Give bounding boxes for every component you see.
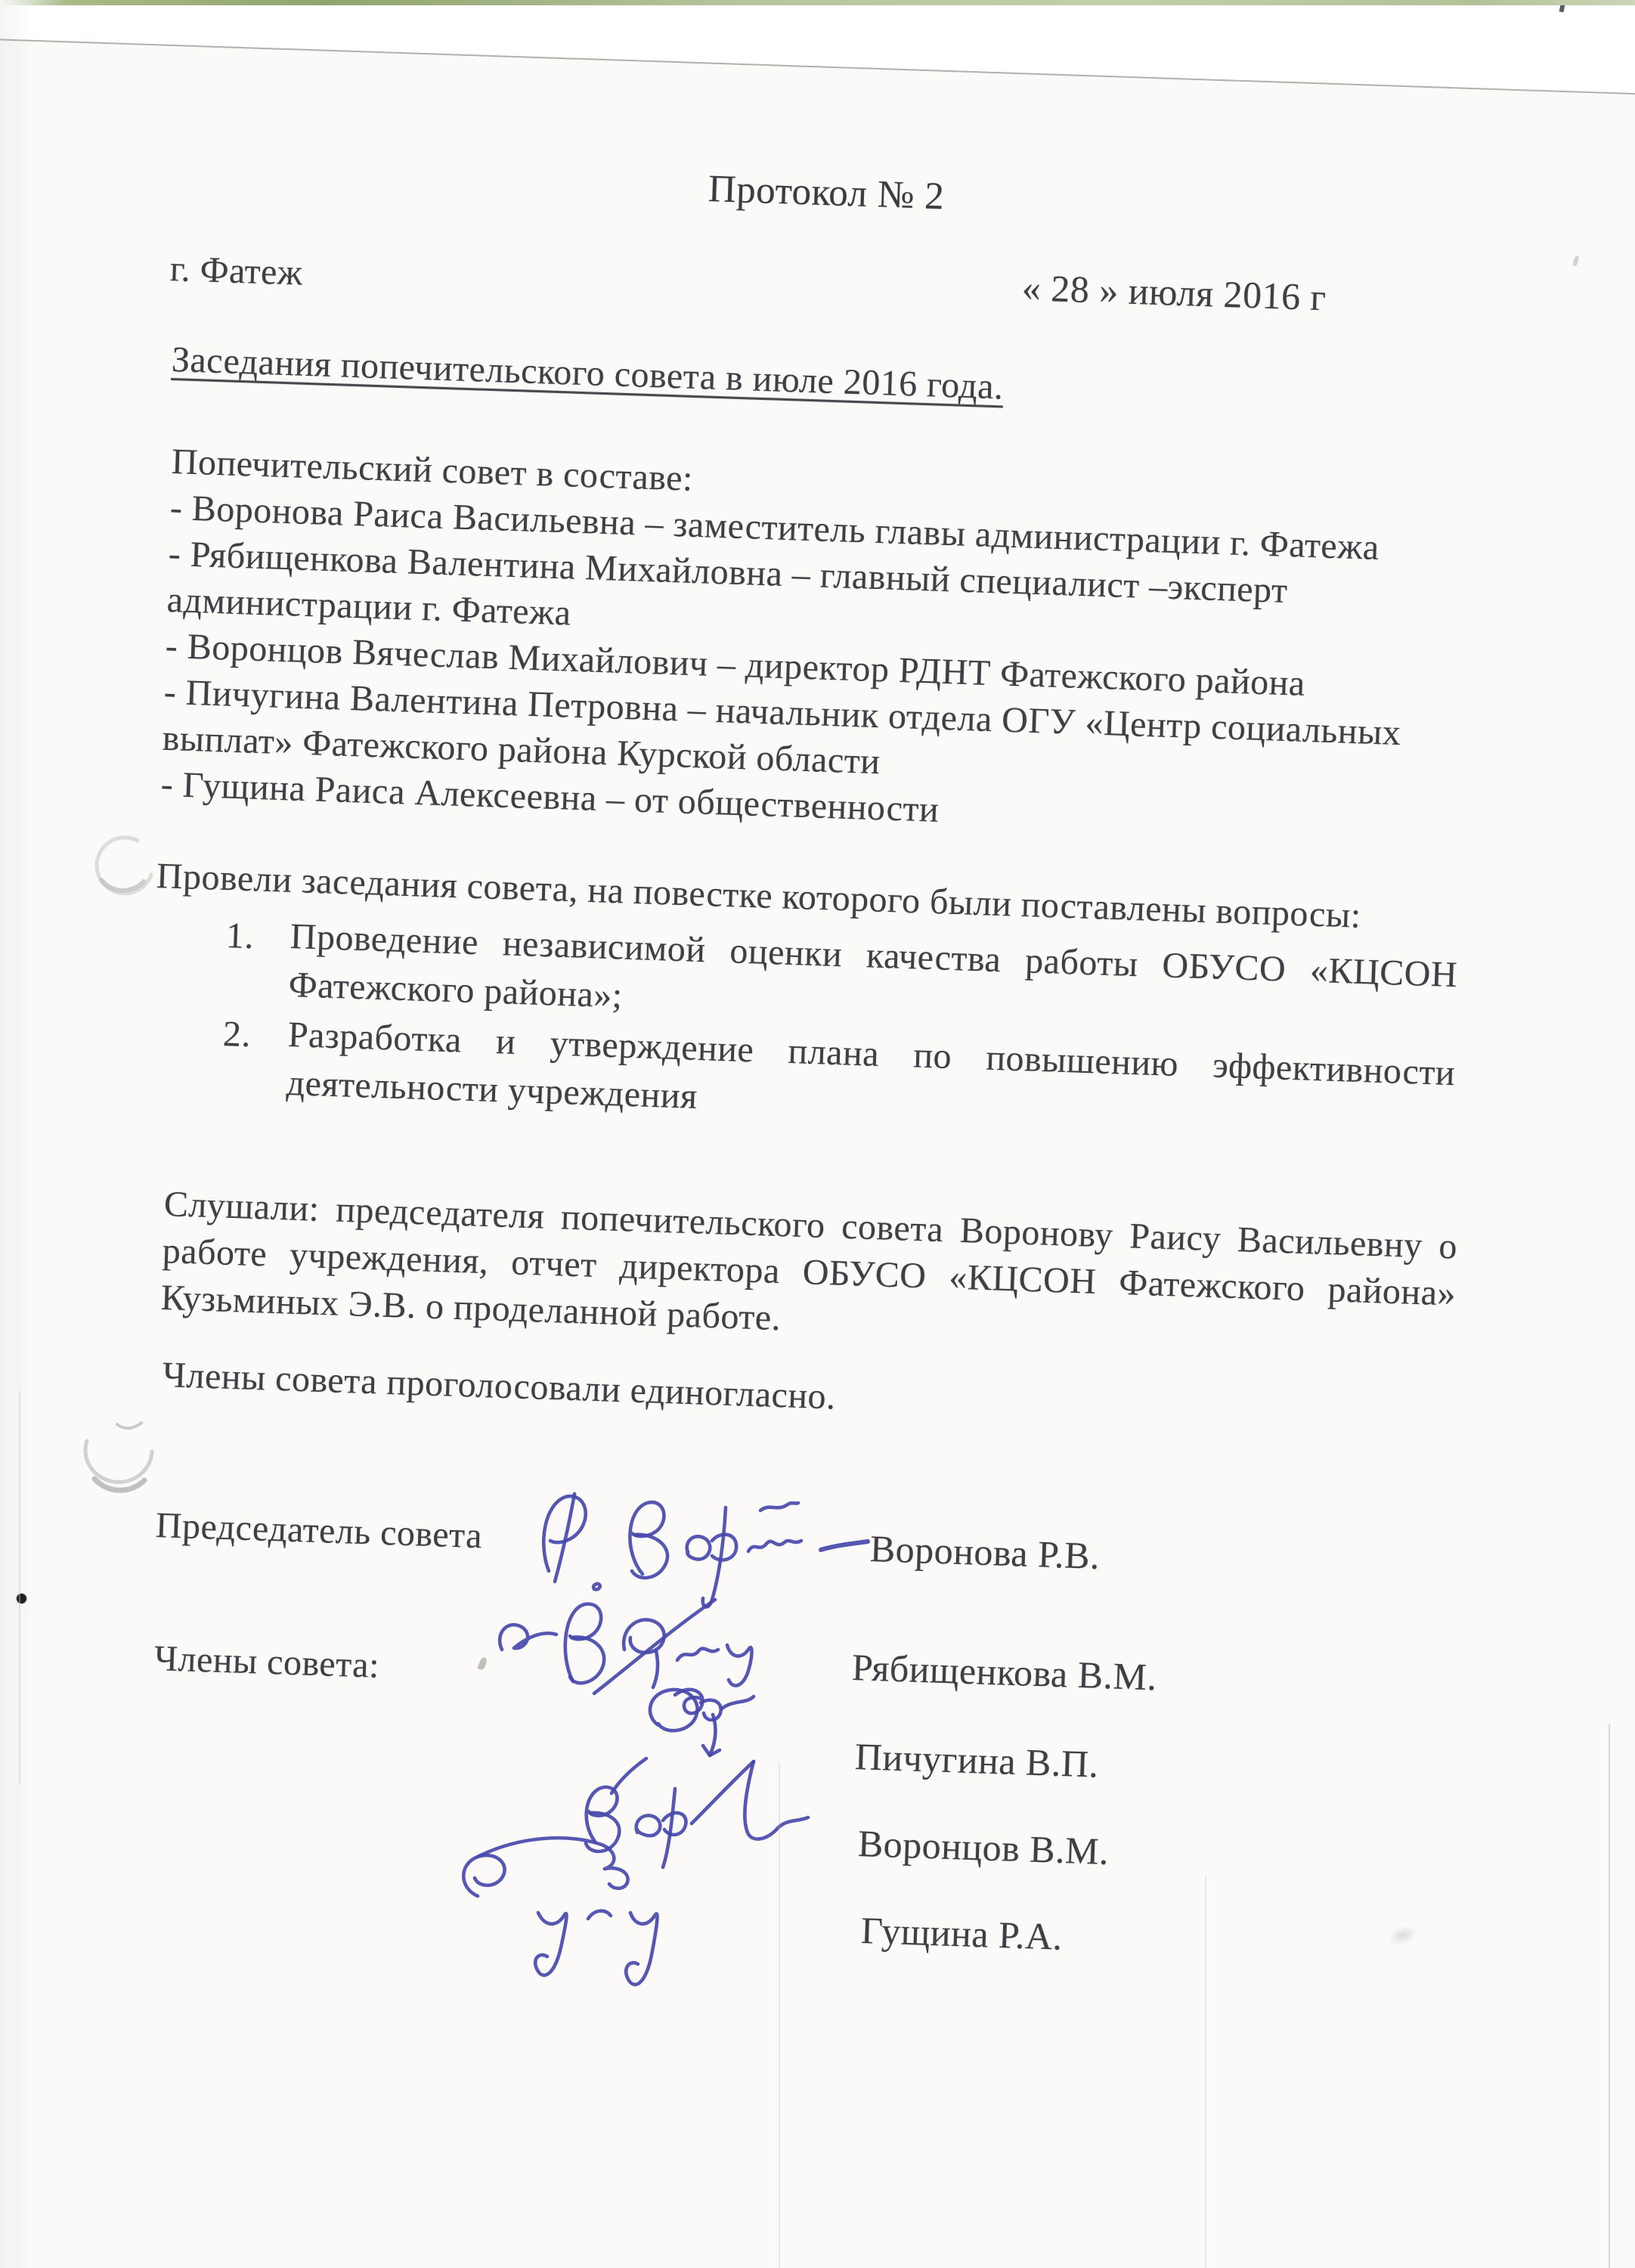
council-paragraph: Попечительский совет в составе: - Вороно… [160, 438, 1457, 850]
chairman-label: Председатель совета [155, 1502, 483, 1559]
document-title: Протокол № 2 [708, 166, 945, 220]
member-name: Пичугина В.П. [854, 1734, 1100, 1788]
scan-ring-artifact-upper [85, 833, 160, 905]
scan-speck [478, 1656, 488, 1671]
member-name: Гущина Р.А. [860, 1907, 1064, 1960]
signature-gushchina [447, 1807, 704, 2034]
scan-smudge [1385, 1922, 1420, 1949]
scan-speck-right [1572, 255, 1579, 266]
heard-paragraph: Слушали: председателя попечительского со… [160, 1181, 1458, 1365]
subject-heading: Заседания попечительского совета в июле … [171, 339, 1008, 407]
left-scan-shadow [0, 0, 35, 2268]
vote-result-line: Члены совета проголосовали единогласно. [162, 1352, 837, 1421]
paper-left-edge [19, 1391, 20, 1784]
member-name: Воронцов В.М. [857, 1820, 1110, 1875]
agenda-item-number: 1. [225, 912, 255, 959]
agenda-item-number: 2. [222, 1011, 252, 1058]
paper-top-edge [0, 0, 1635, 100]
chairman-name: Воронова Р.В. [869, 1526, 1101, 1579]
scanned-document-page: Протокол № 2 г. Фатеж « 28 » июля 2016 г… [0, 0, 1635, 2268]
scanner-edge-strip [0, 0, 1635, 5]
scan-ring-artifact-lower [78, 1420, 165, 1510]
members-label: Члены совета: [153, 1635, 380, 1689]
paper-crease [779, 1761, 780, 2268]
paper-right-edge [1609, 1724, 1610, 2268]
city-label: г. Фатеж [169, 246, 304, 296]
date-line: « 28 » июля 2016 г [1021, 265, 1327, 321]
paper-crease [1205, 1875, 1206, 2268]
ink-dot-artifact [17, 1594, 26, 1603]
member-name: Рябищенкова В.М. [851, 1644, 1158, 1700]
